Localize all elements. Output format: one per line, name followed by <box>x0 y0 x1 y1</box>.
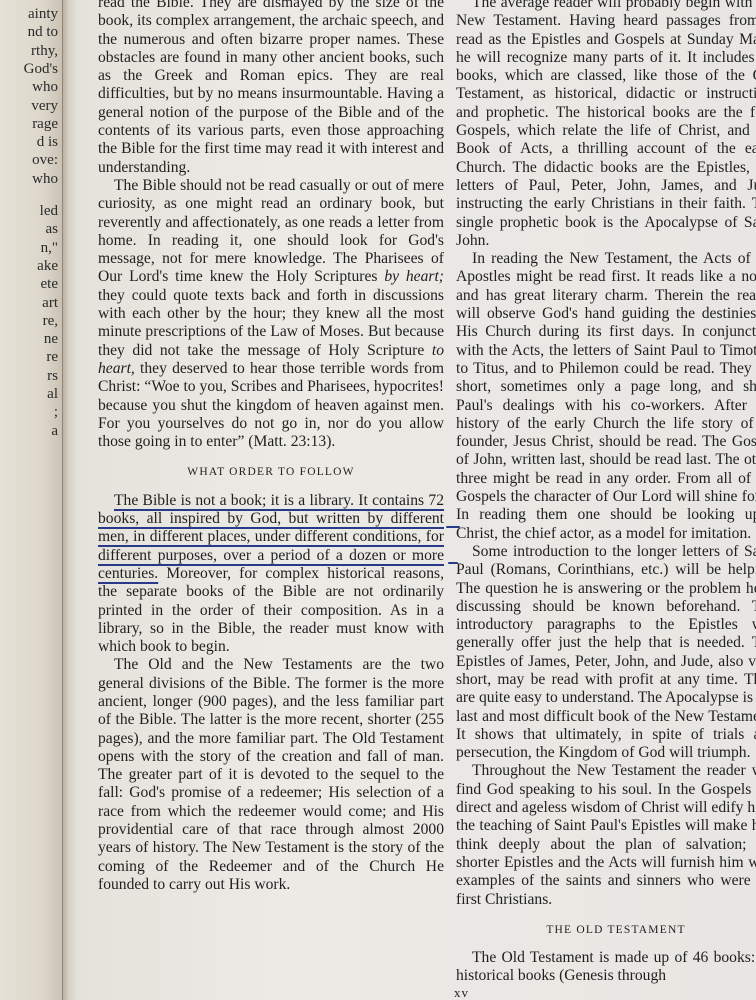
paragraph-reading-order: In reading the New Testament, the Acts o… <box>456 250 756 543</box>
pen-mark <box>446 526 460 528</box>
previous-page-edge: aintynd torthy,God'swhoveryraged isove:w… <box>0 0 62 1000</box>
text-run: they deserved to hear those terrible wor… <box>98 360 444 450</box>
paragraph-two-testaments: The Old and the New Testaments are the t… <box>98 656 444 894</box>
right-column: The average reader will probably begin w… <box>456 0 756 986</box>
paragraph-new-testament-overview: The average reader will probably begin w… <box>456 0 756 250</box>
previous-page-text-fragment: n," <box>41 240 58 257</box>
paragraph-intro-continued: read the Bible. They are dismayed by the… <box>98 0 444 177</box>
pen-mark <box>448 562 458 564</box>
previous-page-text-fragment: who <box>32 79 58 96</box>
book-gutter <box>62 0 77 1000</box>
previous-page-text-fragment: as <box>46 221 59 238</box>
left-column: read the Bible. They are dismayed by the… <box>98 0 444 894</box>
paragraph-old-testament: The Old Testament is made up of 46 books… <box>456 949 756 986</box>
previous-page-text-fragment: d is <box>37 134 58 151</box>
italic-by-heart: by heart; <box>384 268 444 285</box>
book-page: read the Bible. They are dismayed by the… <box>76 0 756 1000</box>
previous-page-text-fragment: ne <box>44 331 58 348</box>
previous-page-text-fragment: who <box>32 171 58 188</box>
previous-page-text-fragment: God's <box>24 61 58 78</box>
previous-page-text-fragment: al <box>47 386 58 403</box>
previous-page-text-fragment: re, <box>43 313 58 330</box>
previous-page-text-fragment: ainty <box>28 6 58 23</box>
previous-page-text-fragment: a <box>51 423 58 440</box>
paragraph-bible-library: The Bible is not a book; it is a library… <box>98 492 444 657</box>
text-run: they could quote texts back and forth in… <box>98 287 444 359</box>
section-heading-old-testament: The Old Testament <box>456 921 756 939</box>
previous-page-text-fragment: rs <box>47 368 58 385</box>
page-number: xv <box>454 985 469 1000</box>
paragraph-throughout: Throughout the New Testament the reader … <box>456 762 756 908</box>
previous-page-text-fragment: ete <box>41 276 58 293</box>
section-heading-what-order: What Order to Follow <box>98 463 444 481</box>
previous-page-text-fragment: ake <box>37 258 58 275</box>
paragraph-epistles: Some introduction to the longer letters … <box>456 543 756 763</box>
previous-page-text-fragment: ove: <box>32 152 58 169</box>
previous-page-text-fragment: nd to <box>28 24 58 41</box>
previous-page-text-fragment: re <box>46 349 58 366</box>
previous-page-text-fragment: very <box>31 98 58 115</box>
previous-page-text-fragment: rage <box>32 116 58 133</box>
paragraph-how-to-read: The Bible should not be read casually or… <box>98 177 444 451</box>
previous-page-text-fragment: rthy, <box>31 43 58 60</box>
previous-page-text-fragment: ; <box>54 404 58 421</box>
previous-page-text-fragment: art <box>42 295 58 312</box>
previous-page-text-fragment: led <box>40 203 58 220</box>
